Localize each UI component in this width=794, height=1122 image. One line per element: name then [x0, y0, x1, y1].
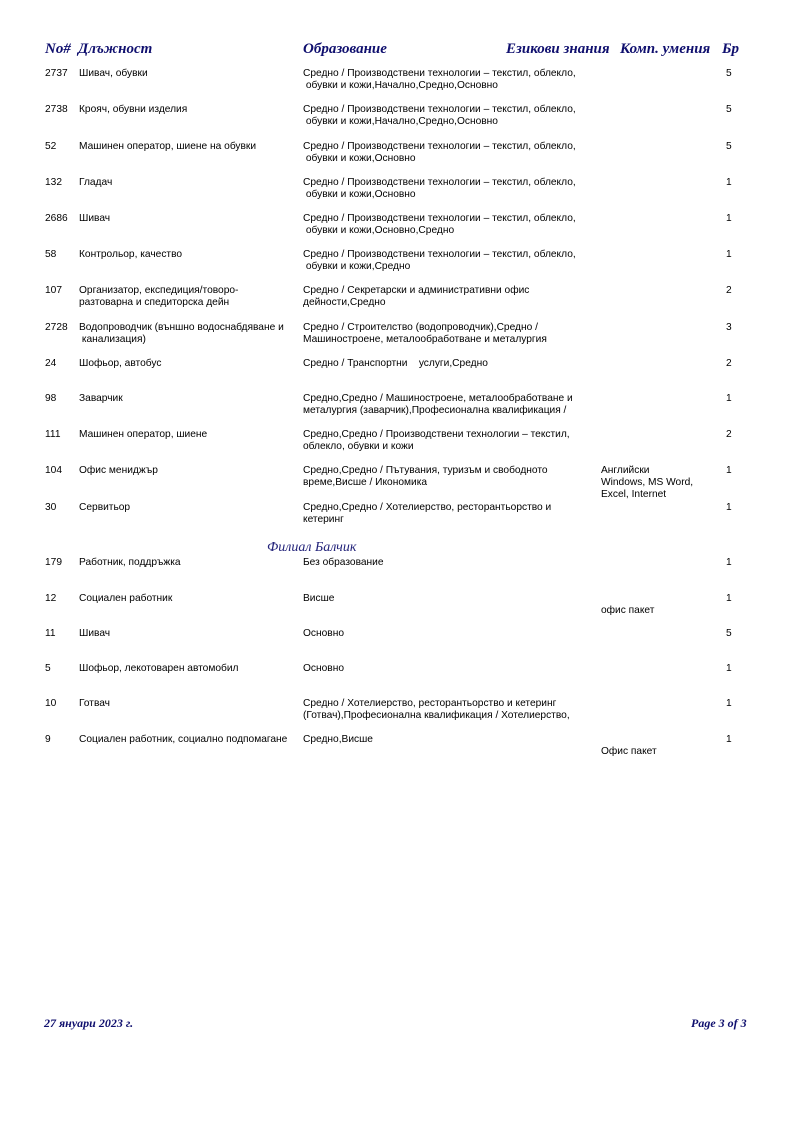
row-education: Средно,Висше: [303, 734, 373, 746]
education-line: Средно / Производствени технологии – тек…: [303, 213, 576, 225]
position-line: Социален работник, социално подпомагане: [79, 734, 287, 746]
row-number: 9: [45, 734, 51, 746]
row-number: 107: [45, 285, 62, 297]
position-line: Гладач: [79, 177, 112, 189]
header-no: No#: [45, 41, 71, 58]
row-count: 1: [726, 557, 732, 569]
row-education: Средно / Строителство (водопроводчик),Ср…: [303, 322, 547, 346]
row-education: Висше: [303, 593, 334, 605]
row-count: 1: [726, 465, 732, 477]
education-line: обувки и кожи,Основно,Средно: [303, 225, 576, 237]
row-number: 132: [45, 177, 62, 189]
row-position: Шофьор, автобус: [79, 358, 161, 370]
row-number: 5: [45, 663, 51, 675]
header-education: Образование: [303, 41, 387, 58]
row-education: Средно,Средно / Пътувания, туризъм и сво…: [303, 465, 548, 489]
header-count: Бр: [722, 41, 739, 58]
position-line: Крояч, обувни изделия: [79, 104, 187, 116]
education-line: Средно,Средно / Производствени технологи…: [303, 429, 570, 441]
position-line: Машинен оператор, шиене на обувки: [79, 141, 256, 153]
row-count: 1: [726, 249, 732, 261]
row-computer-skills: Офис пакет: [601, 734, 657, 758]
footer-date: 27 януари 2023 г.: [44, 1016, 133, 1031]
row-education: Средно / Производствени технологии – тек…: [303, 213, 576, 237]
education-line: Висше: [303, 593, 334, 605]
row-position: Шивач: [79, 628, 110, 640]
row-count: 1: [726, 502, 732, 514]
row-education: Основно: [303, 663, 344, 675]
row-position: Офис мениджър: [79, 465, 158, 477]
position-line: разтоварна и спедиторска дейн: [79, 297, 238, 309]
position-line: Готвач: [79, 698, 110, 710]
row-count: 5: [726, 628, 732, 640]
education-line: Средно / Секретарски и административни о…: [303, 285, 529, 297]
education-line: металургия (заварчик),Професионална квал…: [303, 405, 573, 417]
row-position: Контрольор, качество: [79, 249, 182, 261]
education-line: кетеринг: [303, 514, 551, 526]
position-line: Водопроводчик (външно водоснабдяване и: [79, 322, 284, 334]
education-line: Средно / Производствени технологии – тек…: [303, 104, 576, 116]
row-education: Средно,Средно / Машиностроене, металообр…: [303, 393, 573, 417]
branch-heading: Филиал Балчик: [267, 540, 356, 556]
position-line: Машинен оператор, шиене: [79, 429, 207, 441]
row-position: Шивач: [79, 213, 110, 225]
education-line: дейности,Средно: [303, 297, 529, 309]
row-number: 12: [45, 593, 56, 605]
row-count: 5: [726, 141, 732, 153]
education-line: Средно,Средно / Пътувания, туризъм и сво…: [303, 465, 548, 477]
row-education: Средно / Секретарски и административни о…: [303, 285, 529, 309]
row-count: 2: [726, 285, 732, 297]
row-number: 2737: [45, 68, 68, 80]
education-line: Без образование: [303, 557, 384, 569]
row-number: 104: [45, 465, 62, 477]
position-line: Социален работник: [79, 593, 172, 605]
row-education: Средно / Производствени технологии – тек…: [303, 141, 576, 165]
row-count: 5: [726, 68, 732, 80]
skills-line: [601, 593, 654, 605]
row-education: Без образование: [303, 557, 384, 569]
education-line: обувки и кожи,Основно: [303, 189, 576, 201]
row-number: 30: [45, 502, 56, 514]
row-position: Работник, поддръжка: [79, 557, 181, 569]
row-position: Сервитьор: [79, 502, 130, 514]
row-education: Средно / Транспортни услуги,Средно: [303, 358, 488, 370]
row-position: Социален работник, социално подпомагане: [79, 734, 287, 746]
row-count: 3: [726, 322, 732, 334]
row-count: 1: [726, 734, 732, 746]
position-line: Контрольор, качество: [79, 249, 182, 261]
education-line: обувки и кожи,Основно: [303, 153, 576, 165]
position-line: Шивач, обувки: [79, 68, 148, 80]
row-position: Шивач, обувки: [79, 68, 148, 80]
education-line: Средно / Строителство (водопроводчик),Ср…: [303, 322, 547, 334]
row-number: 111: [45, 429, 60, 441]
row-number: 179: [45, 557, 62, 569]
position-line: Офис мениджър: [79, 465, 158, 477]
row-number: 2686: [45, 213, 68, 225]
position-line: Сервитьор: [79, 502, 130, 514]
row-education: Средно / Хотелиерство, ресторантьорство …: [303, 698, 570, 722]
education-line: Машиностроене, металообработване и метал…: [303, 334, 547, 346]
row-count: 1: [726, 663, 732, 675]
row-education: Средно,Средно / Хотелиерство, ресторанть…: [303, 502, 551, 526]
education-line: Средно / Транспортни услуги,Средно: [303, 358, 488, 370]
row-number: 24: [45, 358, 56, 370]
row-computer-skills: офис пакет: [601, 593, 654, 617]
row-number: 58: [45, 249, 56, 261]
footer-page-number: Page 3 of 3: [691, 1016, 747, 1031]
row-count: 5: [726, 104, 732, 116]
row-number: 2728: [45, 322, 68, 334]
education-line: Средно,Висше: [303, 734, 373, 746]
position-line: Шивач: [79, 213, 110, 225]
row-position: Готвач: [79, 698, 110, 710]
row-education: Средно / Производствени технологии – тек…: [303, 249, 576, 273]
position-line: Шивач: [79, 628, 110, 640]
row-count: 1: [726, 593, 732, 605]
education-line: Средно / Производствени технологии – тек…: [303, 68, 576, 80]
row-count: 1: [726, 698, 732, 710]
position-line: Шофьор, лекотоварен автомобил: [79, 663, 239, 675]
row-education: Основно: [303, 628, 344, 640]
education-line: Средно / Производствени технологии – тек…: [303, 249, 576, 261]
row-position: Машинен оператор, шиене на обувки: [79, 141, 256, 153]
education-line: Средно / Хотелиерство, ресторантьорство …: [303, 698, 570, 710]
row-position: Машинен оператор, шиене: [79, 429, 207, 441]
row-position: Заварчик: [79, 393, 123, 405]
education-line: Средно,Средно / Машиностроене, металообр…: [303, 393, 573, 405]
education-line: (Готвач),Професионална квалификация / Хо…: [303, 710, 570, 722]
row-education: Средно,Средно / Производствени технологи…: [303, 429, 570, 453]
row-count: 2: [726, 429, 732, 441]
row-education: Средно / Производствени технологии – тек…: [303, 104, 576, 128]
row-position: Гладач: [79, 177, 112, 189]
row-number: 11: [45, 628, 56, 640]
skills-line: офис пакет: [601, 605, 654, 617]
position-line: Организатор, експедиция/товоро-: [79, 285, 238, 297]
education-line: обувки и кожи,Начално,Средно,Основно: [303, 80, 576, 92]
header-languages: Езикови знания: [506, 41, 610, 58]
row-position: Водопроводчик (външно водоснабдяване и к…: [79, 322, 284, 346]
education-line: обувки и кожи,Начално,Средно,Основно: [303, 116, 576, 128]
education-line: облекло, обувки и кожи: [303, 441, 570, 453]
row-number: 98: [45, 393, 56, 405]
row-education: Средно / Производствени технологии – тек…: [303, 68, 576, 92]
skills-line: Windows, MS Word,: [601, 477, 693, 489]
position-line: Шофьор, автобус: [79, 358, 161, 370]
skills-line: Excel, Internet: [601, 489, 693, 501]
skills-line: [601, 734, 657, 746]
position-line: канализация): [79, 334, 284, 346]
education-line: Средно / Производствени технологии – тек…: [303, 177, 576, 189]
row-position: Организатор, експедиция/товоро-разтоварн…: [79, 285, 238, 309]
row-number: 52: [45, 141, 56, 153]
education-line: време,Висше / Икономика: [303, 477, 548, 489]
education-line: обувки и кожи,Средно: [303, 261, 576, 273]
row-number: 2738: [45, 104, 68, 116]
education-line: Основно: [303, 663, 344, 675]
row-position: Шофьор, лекотоварен автомобил: [79, 663, 239, 675]
row-languages: Английски: [601, 465, 649, 477]
row-count: 1: [726, 213, 732, 225]
row-education: Средно / Производствени технологии – тек…: [303, 177, 576, 201]
header-computer-skills: Комп. умения: [620, 41, 710, 58]
row-number: 10: [45, 698, 56, 710]
education-line: Основно: [303, 628, 344, 640]
skills-line: Офис пакет: [601, 746, 657, 758]
row-count: 2: [726, 358, 732, 370]
row-position: Социален работник: [79, 593, 172, 605]
row-position: Крояч, обувни изделия: [79, 104, 187, 116]
row-count: 1: [726, 393, 732, 405]
header-position: Длъжност: [78, 41, 152, 58]
row-count: 1: [726, 177, 732, 189]
position-line: Заварчик: [79, 393, 123, 405]
education-line: Средно,Средно / Хотелиерство, ресторанть…: [303, 502, 551, 514]
row-computer-skills: Windows, MS Word,Excel, Internet: [601, 477, 693, 501]
position-line: Работник, поддръжка: [79, 557, 181, 569]
education-line: Средно / Производствени технологии – тек…: [303, 141, 576, 153]
